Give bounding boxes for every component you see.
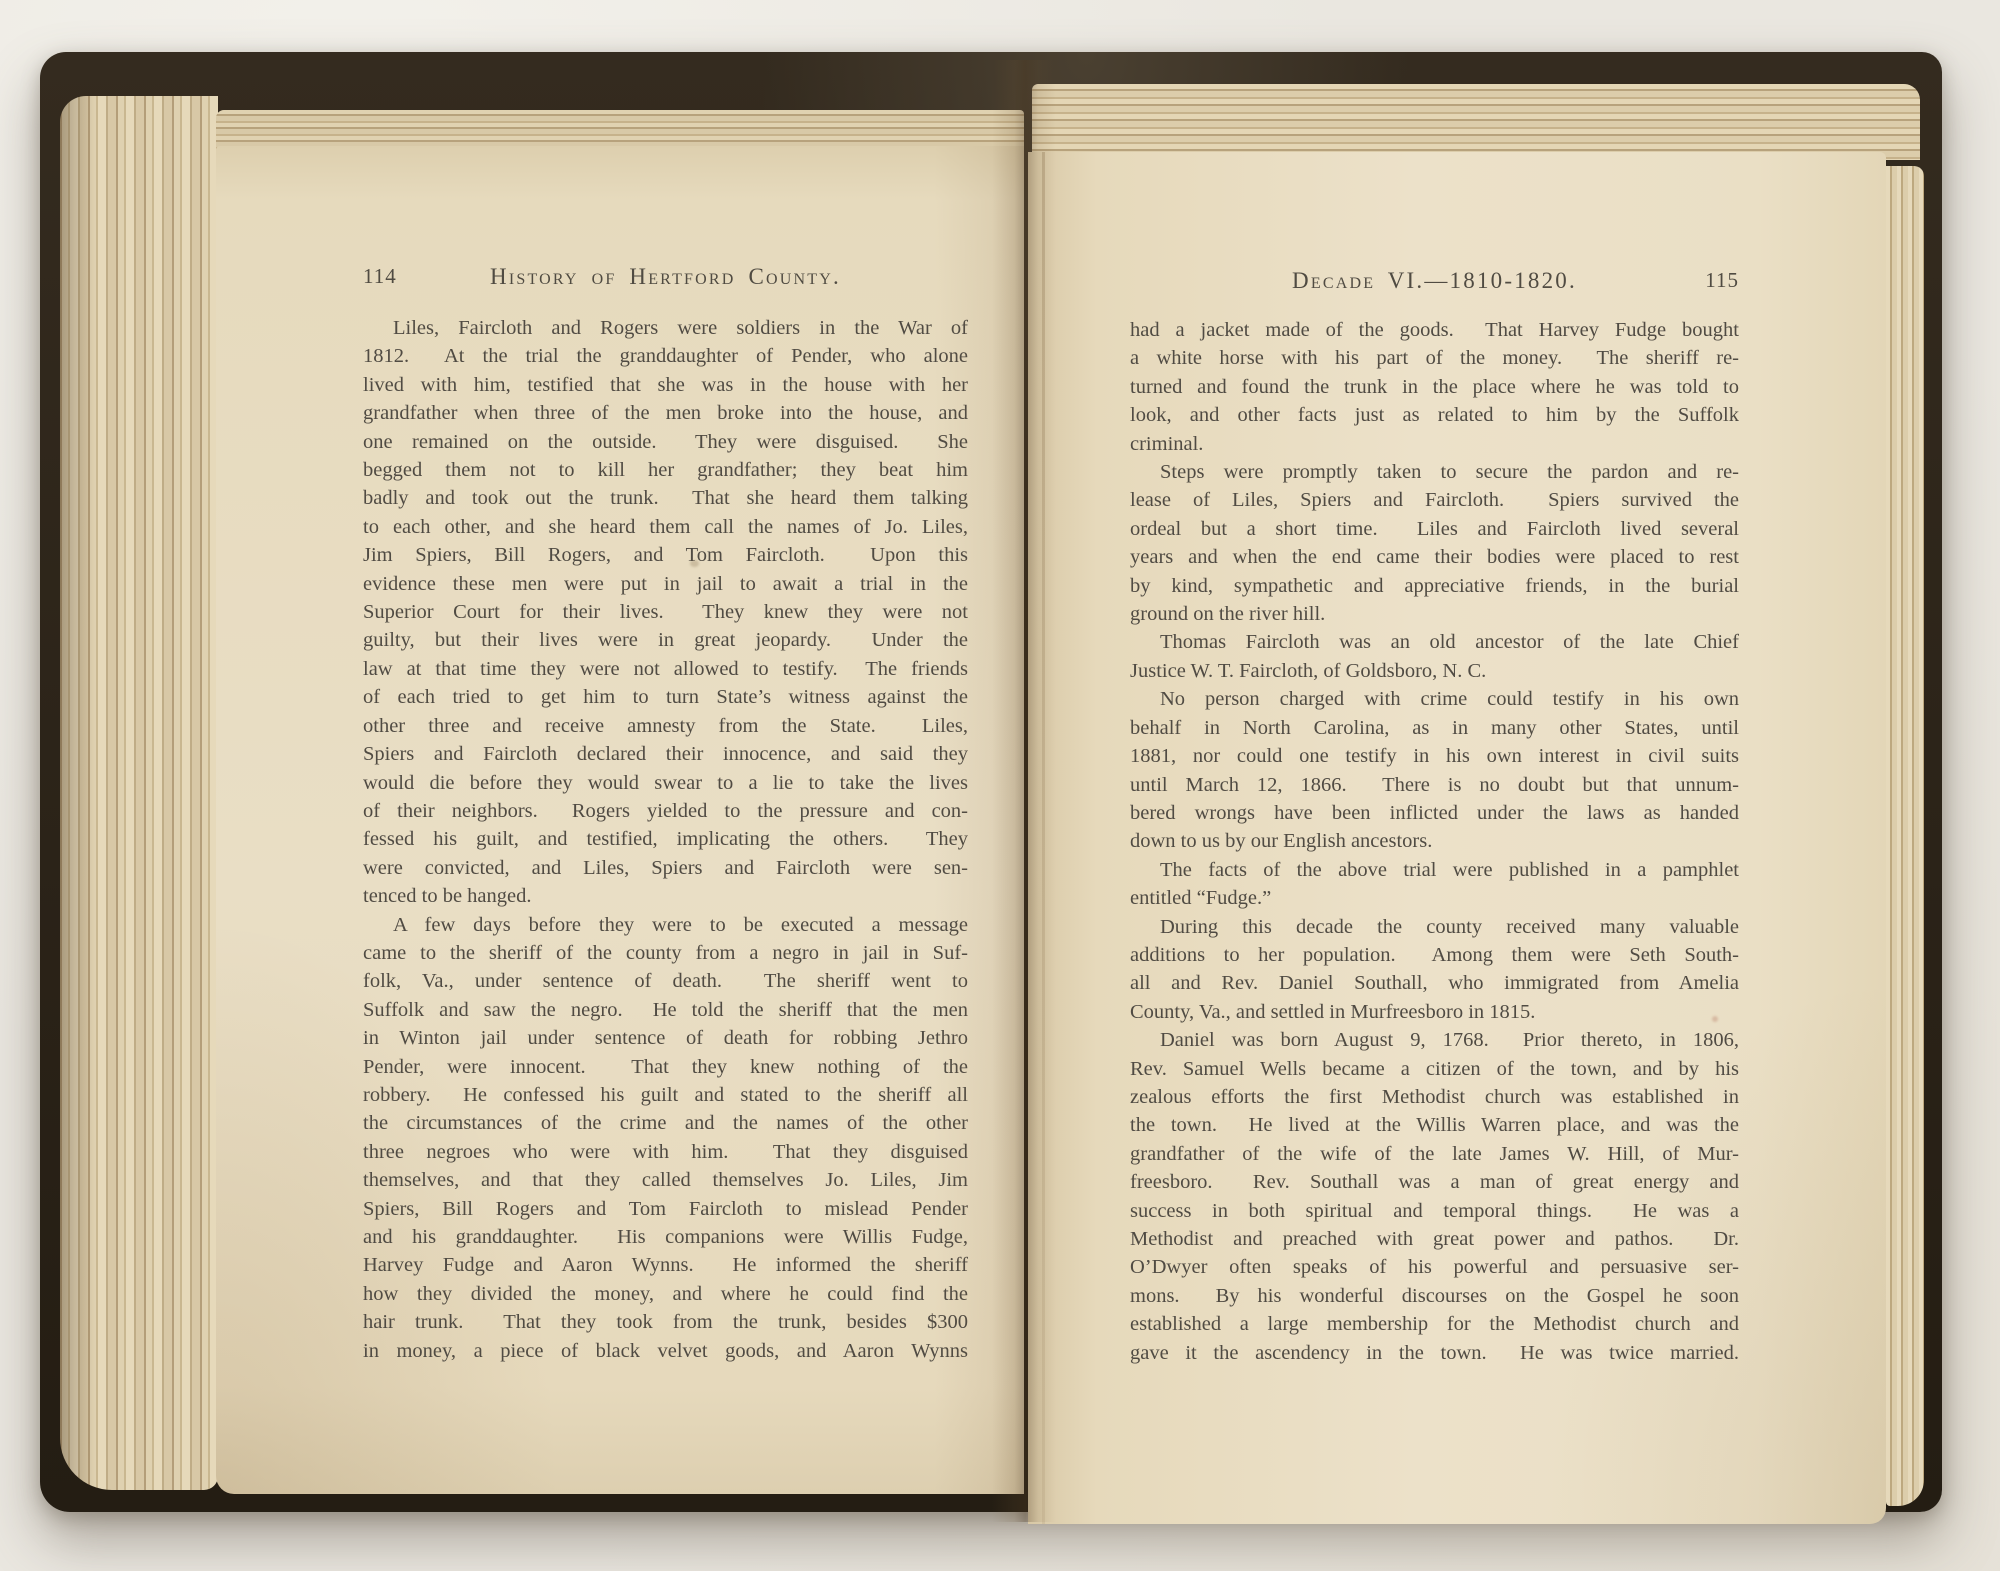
text-line: three negroes who were with him. That th… [363, 1138, 968, 1166]
text-line: lease of Liles, Spiers and Faircloth. Sp… [1130, 486, 1739, 514]
right-top-edge-stack [1032, 84, 1920, 160]
text-line: Suffolk and saw the negro. He told the s… [363, 996, 968, 1024]
text-line: Liles, Faircloth and Rogers were soldier… [363, 314, 968, 342]
paragraph: Daniel was born August 9, 1768. Prior th… [1130, 1026, 1739, 1367]
text-line: No person charged with crime could testi… [1130, 685, 1739, 713]
left-page-edge-stack [60, 96, 218, 1490]
right-running-title: Decade VI.—1810-1820. [1130, 268, 1739, 294]
text-line: in Winton jail under sentence of death f… [363, 1024, 968, 1052]
text-line: County, Va., and settled in Murfreesboro… [1130, 998, 1739, 1026]
text-line: behalf in North Carolina, as in many oth… [1130, 714, 1739, 742]
text-line: look, and other facts just as related to… [1130, 401, 1739, 429]
text-line: A few days before they were to be execut… [363, 911, 968, 939]
text-line: ground on the river hill. [1130, 600, 1739, 628]
text-line: by kind, sympathetic and appreciative fr… [1130, 572, 1739, 600]
text-line: the town. He lived at the Willis Warren … [1130, 1111, 1739, 1139]
left-page-body: Liles, Faircloth and Rogers were soldier… [363, 314, 968, 1365]
text-line: Thomas Faircloth was an old ancestor of … [1130, 628, 1739, 656]
text-line: and his granddaughter. His companions we… [363, 1223, 968, 1251]
text-line: turned and found the trunk in the place … [1130, 373, 1739, 401]
text-line: all and Rev. Daniel Southall, who immigr… [1130, 969, 1739, 997]
text-line: to each other, and she heard them call t… [363, 513, 968, 541]
text-line: other three and receive amnesty from the… [363, 712, 968, 740]
text-line: Harvey Fudge and Aaron Wynns. He informe… [363, 1251, 968, 1279]
book-gutter [992, 60, 1056, 1522]
text-line: tenced to be hanged. [363, 882, 968, 910]
text-line: came to the sheriff of the county from a… [363, 939, 968, 967]
text-line: themselves, and that they called themsel… [363, 1166, 968, 1194]
text-line: badly and took out the trunk. That she h… [363, 484, 968, 512]
text-line: of their neighbors. Rogers yielded to th… [363, 797, 968, 825]
text-line: folk, Va., under sentence of death. The … [363, 967, 968, 995]
paragraph: During this decade the county received m… [1130, 913, 1739, 1027]
text-line: Jim Spiers, Bill Rogers, and Tom Fairclo… [363, 541, 968, 569]
text-line: begged them not to kill her grandfather;… [363, 456, 968, 484]
text-line: guilty, but their lives were in great je… [363, 626, 968, 654]
left-running-title: History of Hertford County. [363, 264, 968, 290]
text-line: success in both spiritual and temporal t… [1130, 1197, 1739, 1225]
text-line: in money, a piece of black velvet goods,… [363, 1337, 968, 1365]
paragraph: A few days before they were to be execut… [363, 911, 968, 1366]
text-line: established a large membership for the M… [1130, 1310, 1739, 1338]
text-line: 1881, nor could one testify in his own i… [1130, 742, 1739, 770]
text-line: Steps were promptly taken to secure the … [1130, 458, 1739, 486]
text-line: Daniel was born August 9, 1768. Prior th… [1130, 1026, 1739, 1054]
left-page-number: 114 [363, 264, 397, 289]
text-line: hair trunk. That they took from the trun… [363, 1308, 968, 1336]
paragraph: Liles, Faircloth and Rogers were soldier… [363, 314, 968, 911]
text-line: one remained on the outside. They were d… [363, 428, 968, 456]
left-page-header: 114 History of Hertford County. [363, 264, 968, 294]
text-line: the circumstances of the crime and the n… [363, 1109, 968, 1137]
text-line: During this decade the county received m… [1130, 913, 1739, 941]
text-line: Methodist and preached with great power … [1130, 1225, 1739, 1253]
text-line: freesboro. Rev. Southall was a man of gr… [1130, 1168, 1739, 1196]
text-line: criminal. [1130, 430, 1739, 458]
text-line: Superior Court for their lives. They kne… [363, 598, 968, 626]
paragraph: Thomas Faircloth was an old ancestor of … [1130, 628, 1739, 685]
text-line: how they divided the money, and where he… [363, 1280, 968, 1308]
right-page: Decade VI.—1810-1820. 115 had a jacket m… [1028, 152, 1886, 1524]
paragraph: The facts of the above trial were publis… [1130, 856, 1739, 913]
right-page-header: Decade VI.—1810-1820. 115 [1130, 268, 1739, 298]
text-line: O’Dwyer often speaks of his powerful and… [1130, 1253, 1739, 1281]
right-page-number: 115 [1705, 268, 1739, 293]
text-line: zealous efforts the first Methodist chur… [1130, 1083, 1739, 1111]
text-line: The facts of the above trial were publis… [1130, 856, 1739, 884]
text-line: had a jacket made of the goods. That Har… [1130, 316, 1739, 344]
paragraph: Steps were promptly taken to secure the … [1130, 458, 1739, 628]
text-line: Spiers, Bill Rogers and Tom Faircloth to… [363, 1195, 968, 1223]
text-line: additions to her population. Among them … [1130, 941, 1739, 969]
text-line: bered wrongs have been inflicted under t… [1130, 799, 1739, 827]
left-page: 114 History of Hertford County. Liles, F… [216, 146, 1024, 1494]
text-line: Justice W. T. Faircloth, of Goldsboro, N… [1130, 657, 1739, 685]
text-line: evidence these men were put in jail to a… [363, 570, 968, 598]
right-page-body: had a jacket made of the goods. That Har… [1130, 316, 1739, 1367]
text-line: down to us by our English ancestors. [1130, 827, 1739, 855]
text-line: grandfather of the wife of the late Jame… [1130, 1140, 1739, 1168]
text-line: years and when the end came their bodies… [1130, 543, 1739, 571]
paragraph: No person charged with crime could testi… [1130, 685, 1739, 855]
text-line: a white horse with his part of the money… [1130, 344, 1739, 372]
text-line: Spiers and Faircloth declared their inno… [363, 740, 968, 768]
text-line: entitled “Fudge.” [1130, 884, 1739, 912]
text-line: of each tried to get him to turn State’s… [363, 683, 968, 711]
text-line: gave it the ascendency in the town. He w… [1130, 1339, 1739, 1367]
text-line: grandfather when three of the men broke … [363, 399, 968, 427]
text-line: robbery. He confessed his guilt and stat… [363, 1081, 968, 1109]
text-line: until March 12, 1866. There is no doubt … [1130, 771, 1739, 799]
left-top-edge-stack [216, 110, 1024, 150]
text-line: lived with him, testified that she was i… [363, 371, 968, 399]
text-line: Rev. Samuel Wells became a citizen of th… [1130, 1055, 1739, 1083]
right-fore-edge-stack [1886, 166, 1924, 1506]
text-line: would die before they would swear to a l… [363, 769, 968, 797]
text-line: ordeal but a short time. Liles and Fairc… [1130, 515, 1739, 543]
paragraph: had a jacket made of the goods. That Har… [1130, 316, 1739, 458]
text-line: mons. By his wonderful discourses on the… [1130, 1282, 1739, 1310]
text-line: law at that time they were not allowed t… [363, 655, 968, 683]
text-line: Pender, were innocent. That they knew no… [363, 1053, 968, 1081]
text-line: fessed his guilt, and testified, implica… [363, 825, 968, 853]
text-line: were convicted, and Liles, Spiers and Fa… [363, 854, 968, 882]
text-line: 1812. At the trial the granddaughter of … [363, 342, 968, 370]
